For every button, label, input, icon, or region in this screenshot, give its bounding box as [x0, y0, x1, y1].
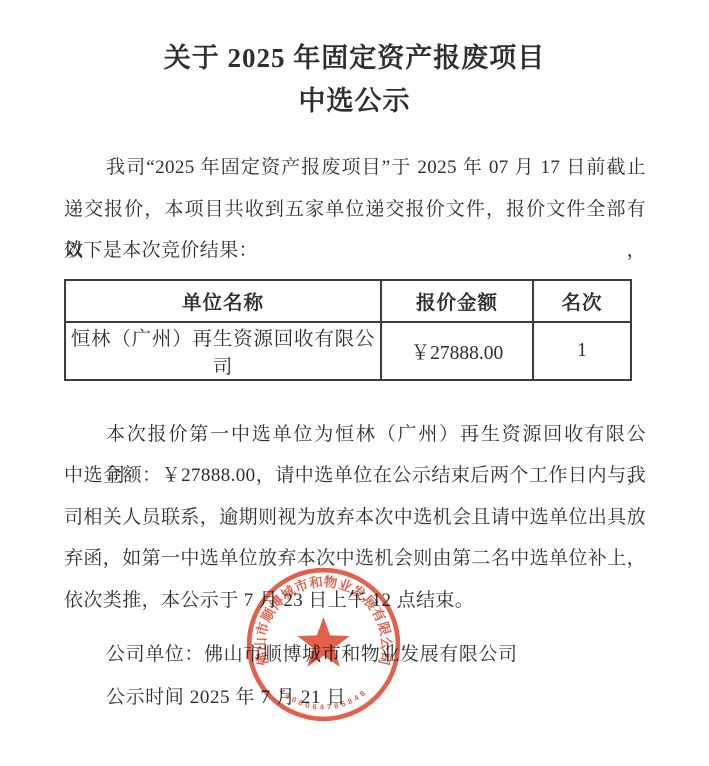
- header-bid-amount: 报价金额: [381, 280, 533, 322]
- table-header-row: 单位名称 报价金额 名次: [65, 280, 631, 322]
- intro-prefix: 我司: [106, 157, 146, 178]
- page-title-line1: 关于 2025 年固定资产报废项目: [0, 0, 709, 74]
- document-body: 我司“2025 年固定资产报废项目”于 2025 年 07 月 17 日前截止 …: [64, 147, 646, 719]
- paragraph-result: 本次报价第一中选单位为恒林（广州）再生资源回收有限公司， 中选金额：￥27888…: [64, 414, 646, 622]
- intro-line1-rest: 于 2025 年 07 月 17 日前截止: [391, 157, 646, 178]
- header-rank: 名次: [533, 280, 631, 322]
- table-row: 恒林（广州）再生资源回收有限公司 ￥27888.00 1: [65, 322, 631, 380]
- announcement-page: 关于 2025 年固定资产报废项目 中选公示 我司“2025 年固定资产报废项目…: [0, 0, 709, 766]
- project-name-quoted: “2025 年固定资产报废项目”: [146, 157, 390, 178]
- intro-line-2: 递交报价，本项目共收到五家单位递交报价文件，报价文件全部有效，: [64, 189, 646, 231]
- cell-bid-amount: ￥27888.00: [381, 322, 533, 380]
- page-title-line2: 中选公示: [0, 85, 709, 117]
- result-line-3: 司相关人员联系，逾期则视为放弃本次中选机会且请中选单位出具放: [64, 497, 646, 539]
- company-line: 公司单位：佛山市顺博城市和物业发展有限公司: [64, 633, 646, 676]
- signature-block: 公司单位：佛山市顺博城市和物业发展有限公司 公示时间 2025 年 7 月 21…: [64, 633, 646, 719]
- header-company-name: 单位名称: [65, 280, 381, 322]
- date-line: 公示时间 2025 年 7 月 21 日: [64, 676, 646, 719]
- result-line-4: 弃函，如第一中选单位放弃本次中选机会则由第二名中选单位补上，: [64, 538, 646, 580]
- cell-rank: 1: [533, 322, 631, 380]
- paragraph-intro: 我司“2025 年固定资产报废项目”于 2025 年 07 月 17 日前截止 …: [64, 147, 646, 272]
- result-line-1: 本次报价第一中选单位为恒林（广州）再生资源回收有限公司，: [64, 414, 646, 456]
- result-line-5: 依次类推，本公示于 7 月 23 日上午 12 点结束。: [64, 580, 646, 622]
- cell-company-name: 恒林（广州）再生资源回收有限公司: [65, 322, 381, 380]
- result-line-2: 中选金额：￥27888.00，请中选单位在公示结束后两个工作日内与我: [64, 455, 646, 497]
- bid-results-table: 单位名称 报价金额 名次 恒林（广州）再生资源回收有限公司 ￥27888.00 …: [64, 279, 632, 381]
- intro-line-1: 我司“2025 年固定资产报废项目”于 2025 年 07 月 17 日前截止: [64, 147, 646, 189]
